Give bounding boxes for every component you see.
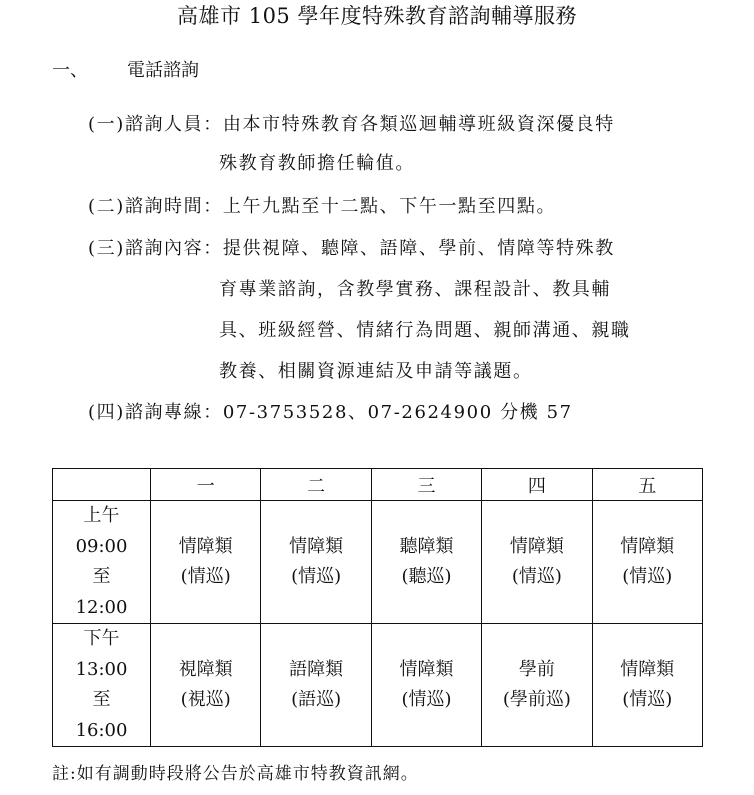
time-start: 13:00 (53, 655, 150, 686)
item-content-cont: 教養、相關資源連結及申請等議題。 (219, 359, 533, 385)
table-header-row: 一 二 三 四 五 (53, 469, 703, 501)
time-end: 12:00 (53, 593, 150, 624)
item-label: (一)諮詢人員： (88, 114, 223, 135)
table-row: 下午 13:00 至 16:00 視障類(視巡) 語障類(語巡) 情障類(情巡)… (53, 624, 703, 747)
cell-team: (情巡) (372, 685, 481, 715)
footnote: 註:如有調動時段將公告於高雄市特教資訊網。 (52, 762, 419, 786)
item-text: 由本市特殊教育各類巡迴輔導班級資深優良特 (223, 114, 615, 135)
document-title: 高雄市 105 學年度特殊教育諮詢輔導服務 (0, 2, 754, 30)
cell-category: 情障類 (593, 532, 702, 562)
item-content: (三)諮詢內容：提供視障、聽障、語障、學前、情障等特殊教 (88, 236, 615, 262)
cell-category: 情障類 (151, 532, 260, 562)
time-start: 09:00 (53, 532, 150, 563)
cell-team: (情巡) (482, 562, 591, 592)
item-text: 上午九點至十二點、下午一點至四點。 (223, 196, 556, 217)
item-staff: (一)諮詢人員：由本市特殊教育各類巡迴輔導班級資深優良特 (88, 112, 615, 138)
table-cell: 聽障類(聽巡) (371, 501, 481, 624)
item-label: (二)諮詢時間： (88, 196, 223, 217)
header-cell: 一 (151, 469, 261, 501)
cell-team: (情巡) (593, 562, 702, 592)
section-heading: 一、電話諮詢 (52, 58, 199, 84)
cell-category: 情障類 (482, 532, 591, 562)
time-to: 至 (53, 562, 150, 593)
table-row: 上午 09:00 至 12:00 情障類(情巡) 情障類(情巡) 聽障類(聽巡)… (53, 501, 703, 624)
cell-category: 學前 (482, 655, 591, 685)
hotline-numbers: 07-3753528、07-2624900 分機 57 (223, 402, 573, 423)
item-staff-cont: 殊教育教師擔任輪值。 (219, 151, 415, 177)
time-period: 下午 (53, 624, 150, 655)
cell-team: (視巡) (151, 685, 260, 715)
cell-team: (情巡) (151, 562, 260, 592)
cell-category: 語障類 (261, 655, 370, 685)
item-hotline: (四)諮詢專線：07-3753528、07-2624900 分機 57 (88, 400, 573, 426)
table-cell: 學前(學前巡) (482, 624, 592, 747)
item-content-cont: 育專業諮詢，含教學實務、課程設計、教具輔 (219, 277, 611, 303)
time-to: 至 (53, 685, 150, 716)
table-cell: 視障類(視巡) (151, 624, 261, 747)
table-cell: 情障類(情巡) (261, 501, 371, 624)
cell-team: (語巡) (261, 685, 370, 715)
time-cell: 下午 13:00 至 16:00 (53, 624, 151, 747)
item-label: (三)諮詢內容： (88, 238, 223, 259)
cell-team: (情巡) (593, 685, 702, 715)
time-end: 16:00 (53, 716, 150, 747)
header-cell: 三 (371, 469, 481, 501)
item-text: 提供視障、聽障、語障、學前、情障等特殊教 (223, 238, 615, 259)
table-cell: 情障類(情巡) (371, 624, 481, 747)
table-cell: 語障類(語巡) (261, 624, 371, 747)
cell-category: 情障類 (593, 655, 702, 685)
cell-category: 聽障類 (372, 532, 481, 562)
table-cell: 情障類(情巡) (592, 624, 702, 747)
table-cell: 情障類(情巡) (151, 501, 261, 624)
cell-category: 情障類 (261, 532, 370, 562)
header-cell: 二 (261, 469, 371, 501)
item-content-cont: 具、班級經營、情緒行為問題、親師溝通、親職 (219, 318, 631, 344)
table-cell: 情障類(情巡) (592, 501, 702, 624)
cell-team: (聽巡) (372, 562, 481, 592)
header-cell: 五 (592, 469, 702, 501)
cell-team: (情巡) (261, 562, 370, 592)
header-cell: 四 (482, 469, 592, 501)
cell-category: 情障類 (372, 655, 481, 685)
cell-category: 視障類 (151, 655, 260, 685)
schedule-table: 一 二 三 四 五 上午 09:00 至 12:00 情障類(情巡) 情障類(情… (52, 468, 703, 747)
time-cell: 上午 09:00 至 12:00 (53, 501, 151, 624)
section-title: 電話諮詢 (127, 60, 199, 81)
table-cell: 情障類(情巡) (482, 501, 592, 624)
item-label: (四)諮詢專線： (88, 402, 223, 423)
header-cell (53, 469, 151, 501)
cell-team: (學前巡) (482, 685, 591, 715)
section-number: 一、 (52, 58, 127, 84)
item-hours: (二)諮詢時間：上午九點至十二點、下午一點至四點。 (88, 194, 556, 220)
time-period: 上午 (53, 501, 150, 532)
